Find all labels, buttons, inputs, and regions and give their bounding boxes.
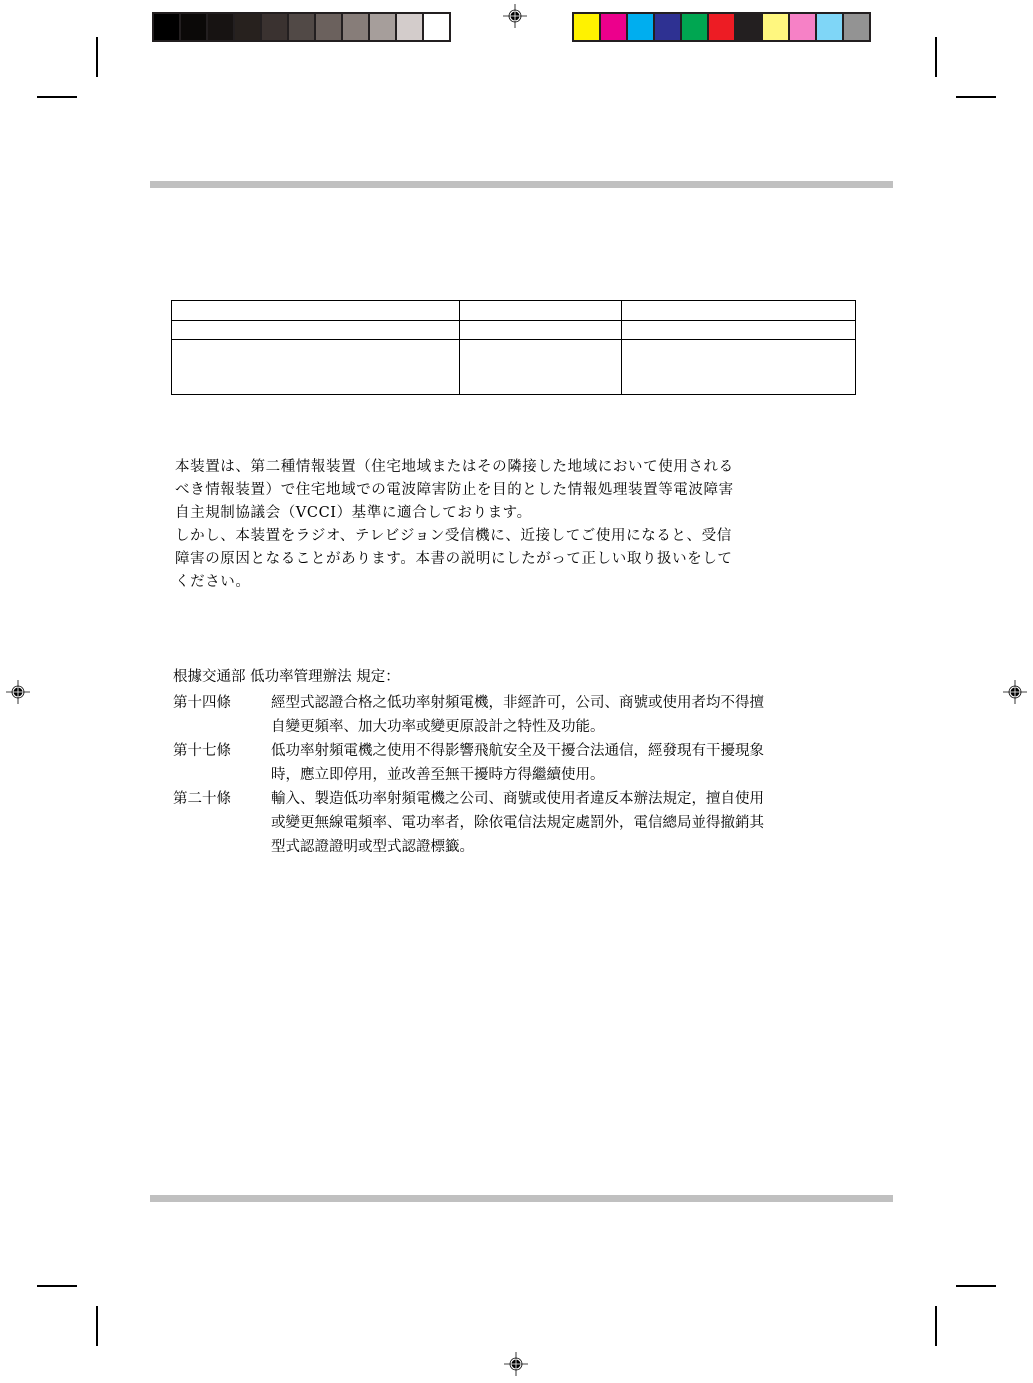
- crop-mark: [37, 1285, 77, 1287]
- specification-table: [171, 300, 856, 395]
- table-cell: [460, 301, 622, 321]
- registration-mark-icon: [1003, 680, 1027, 704]
- table-cell: [172, 321, 460, 340]
- article-14: 第十四條 經型式認證合格之低功率射頻電機，非經許可，公司、商號或使用者均不得擅 …: [173, 691, 764, 739]
- article-label: 第十四條: [173, 691, 271, 739]
- table-row: [172, 321, 856, 340]
- notice-line: しかし、本装置をラジオ、テレビジョン受信機に、近接してご使用になると、受信: [175, 525, 734, 548]
- article-body: 輸入、製造低功率射頻電機之公司、商號或使用者違反本辦法規定，擅自使用 或變更無線…: [271, 787, 764, 859]
- swatch: [316, 14, 341, 40]
- article-17: 第十七條 低功率射頻電機之使用不得影響飛航安全及干擾合法通信，經發現有干擾現象 …: [173, 739, 764, 787]
- swatch: [181, 14, 206, 40]
- crop-mark: [935, 1306, 937, 1346]
- table-cell: [622, 301, 856, 321]
- swatch-magenta: [601, 14, 626, 40]
- swatch-cyan: [628, 14, 653, 40]
- vcci-notice: 本装置は、第二種情報装置（住宅地域またはその隣接した地域において使用される べき…: [175, 456, 734, 594]
- swatch-black: [736, 14, 761, 40]
- swatch-gray: [844, 14, 869, 40]
- swatch: [262, 14, 287, 40]
- grayscale-calibration-strip: [152, 12, 451, 42]
- notice-line: ください。: [175, 571, 734, 594]
- process-color-calibration-strip: [572, 12, 871, 42]
- table-cell: [172, 301, 460, 321]
- swatch-yellow: [574, 14, 599, 40]
- article-body: 低功率射頻電機之使用不得影響飛航安全及干擾合法通信，經發現有干擾現象 時，應立即…: [271, 739, 764, 787]
- registration-mark-icon: [503, 4, 527, 28]
- crop-mark: [956, 96, 996, 98]
- article-body: 經型式認證合格之低功率射頻電機，非經許可，公司、商號或使用者均不得擅 自變更頻率…: [271, 691, 764, 739]
- swatch: [343, 14, 368, 40]
- swatch: [289, 14, 314, 40]
- table-cell: [172, 340, 460, 395]
- taiwan-low-power-notice: 根據交通部 低功率管理辦法 規定： 第十四條 經型式認證合格之低功率射頻電機，非…: [173, 665, 764, 859]
- table-cell: [460, 340, 622, 395]
- notice-heading: 根據交通部 低功率管理辦法 規定：: [173, 665, 764, 689]
- header-rule: [150, 181, 893, 188]
- article-line: 自變更頻率、加大功率或變更原設計之特性及功能。: [271, 715, 764, 739]
- crop-mark: [37, 96, 77, 98]
- swatch-light-yellow: [763, 14, 788, 40]
- swatch-light-cyan: [817, 14, 842, 40]
- article-line: 或變更無線電頻率、電功率者，除依電信法規定處罰外，電信總局並得撤銷其: [271, 811, 764, 835]
- swatch-blue: [655, 14, 680, 40]
- swatch-red: [709, 14, 734, 40]
- crop-mark: [956, 1285, 996, 1287]
- article-line: 時，應立即停用，並改善至無干擾時方得繼續使用。: [271, 763, 764, 787]
- table-row: [172, 340, 856, 395]
- crop-mark: [935, 37, 937, 77]
- notice-line: べき情報装置）で住宅地域での電波障害防止を目的とした情報処理装置等電波障害: [175, 479, 734, 502]
- article-line: 低功率射頻電機之使用不得影響飛航安全及干擾合法通信，經發現有干擾現象: [271, 739, 764, 763]
- crop-mark: [96, 1306, 98, 1346]
- notice-line: 障害の原因となることがあります。本書の説明にしたがって正しい取り扱いをして: [175, 548, 734, 571]
- article-line: 經型式認證合格之低功率射頻電機，非經許可，公司、商號或使用者均不得擅: [271, 691, 764, 715]
- crop-mark: [96, 37, 98, 77]
- swatch: [424, 14, 449, 40]
- table-row: [172, 301, 856, 321]
- article-line: 輸入、製造低功率射頻電機之公司、商號或使用者違反本辦法規定，擅自使用: [271, 787, 764, 811]
- table-cell: [460, 321, 622, 340]
- swatch-green: [682, 14, 707, 40]
- table-cell: [622, 321, 856, 340]
- article-20: 第二十條 輸入、製造低功率射頻電機之公司、商號或使用者違反本辦法規定，擅自使用 …: [173, 787, 764, 859]
- swatch: [235, 14, 260, 40]
- registration-mark-icon: [504, 1352, 528, 1376]
- registration-mark-icon: [6, 680, 30, 704]
- article-line: 型式認證證明或型式認證標籤。: [271, 835, 764, 859]
- notice-line: 自主規制協議会（VCCI）基準に適合しております。: [175, 502, 734, 525]
- swatch: [370, 14, 395, 40]
- swatch: [397, 14, 422, 40]
- swatch: [208, 14, 233, 40]
- notice-line: 本装置は、第二種情報装置（住宅地域またはその隣接した地域において使用される: [175, 456, 734, 479]
- article-label: 第十七條: [173, 739, 271, 787]
- footer-rule: [150, 1195, 893, 1202]
- swatch: [154, 14, 179, 40]
- swatch-pink: [790, 14, 815, 40]
- article-label: 第二十條: [173, 787, 271, 859]
- table-cell: [622, 340, 856, 395]
